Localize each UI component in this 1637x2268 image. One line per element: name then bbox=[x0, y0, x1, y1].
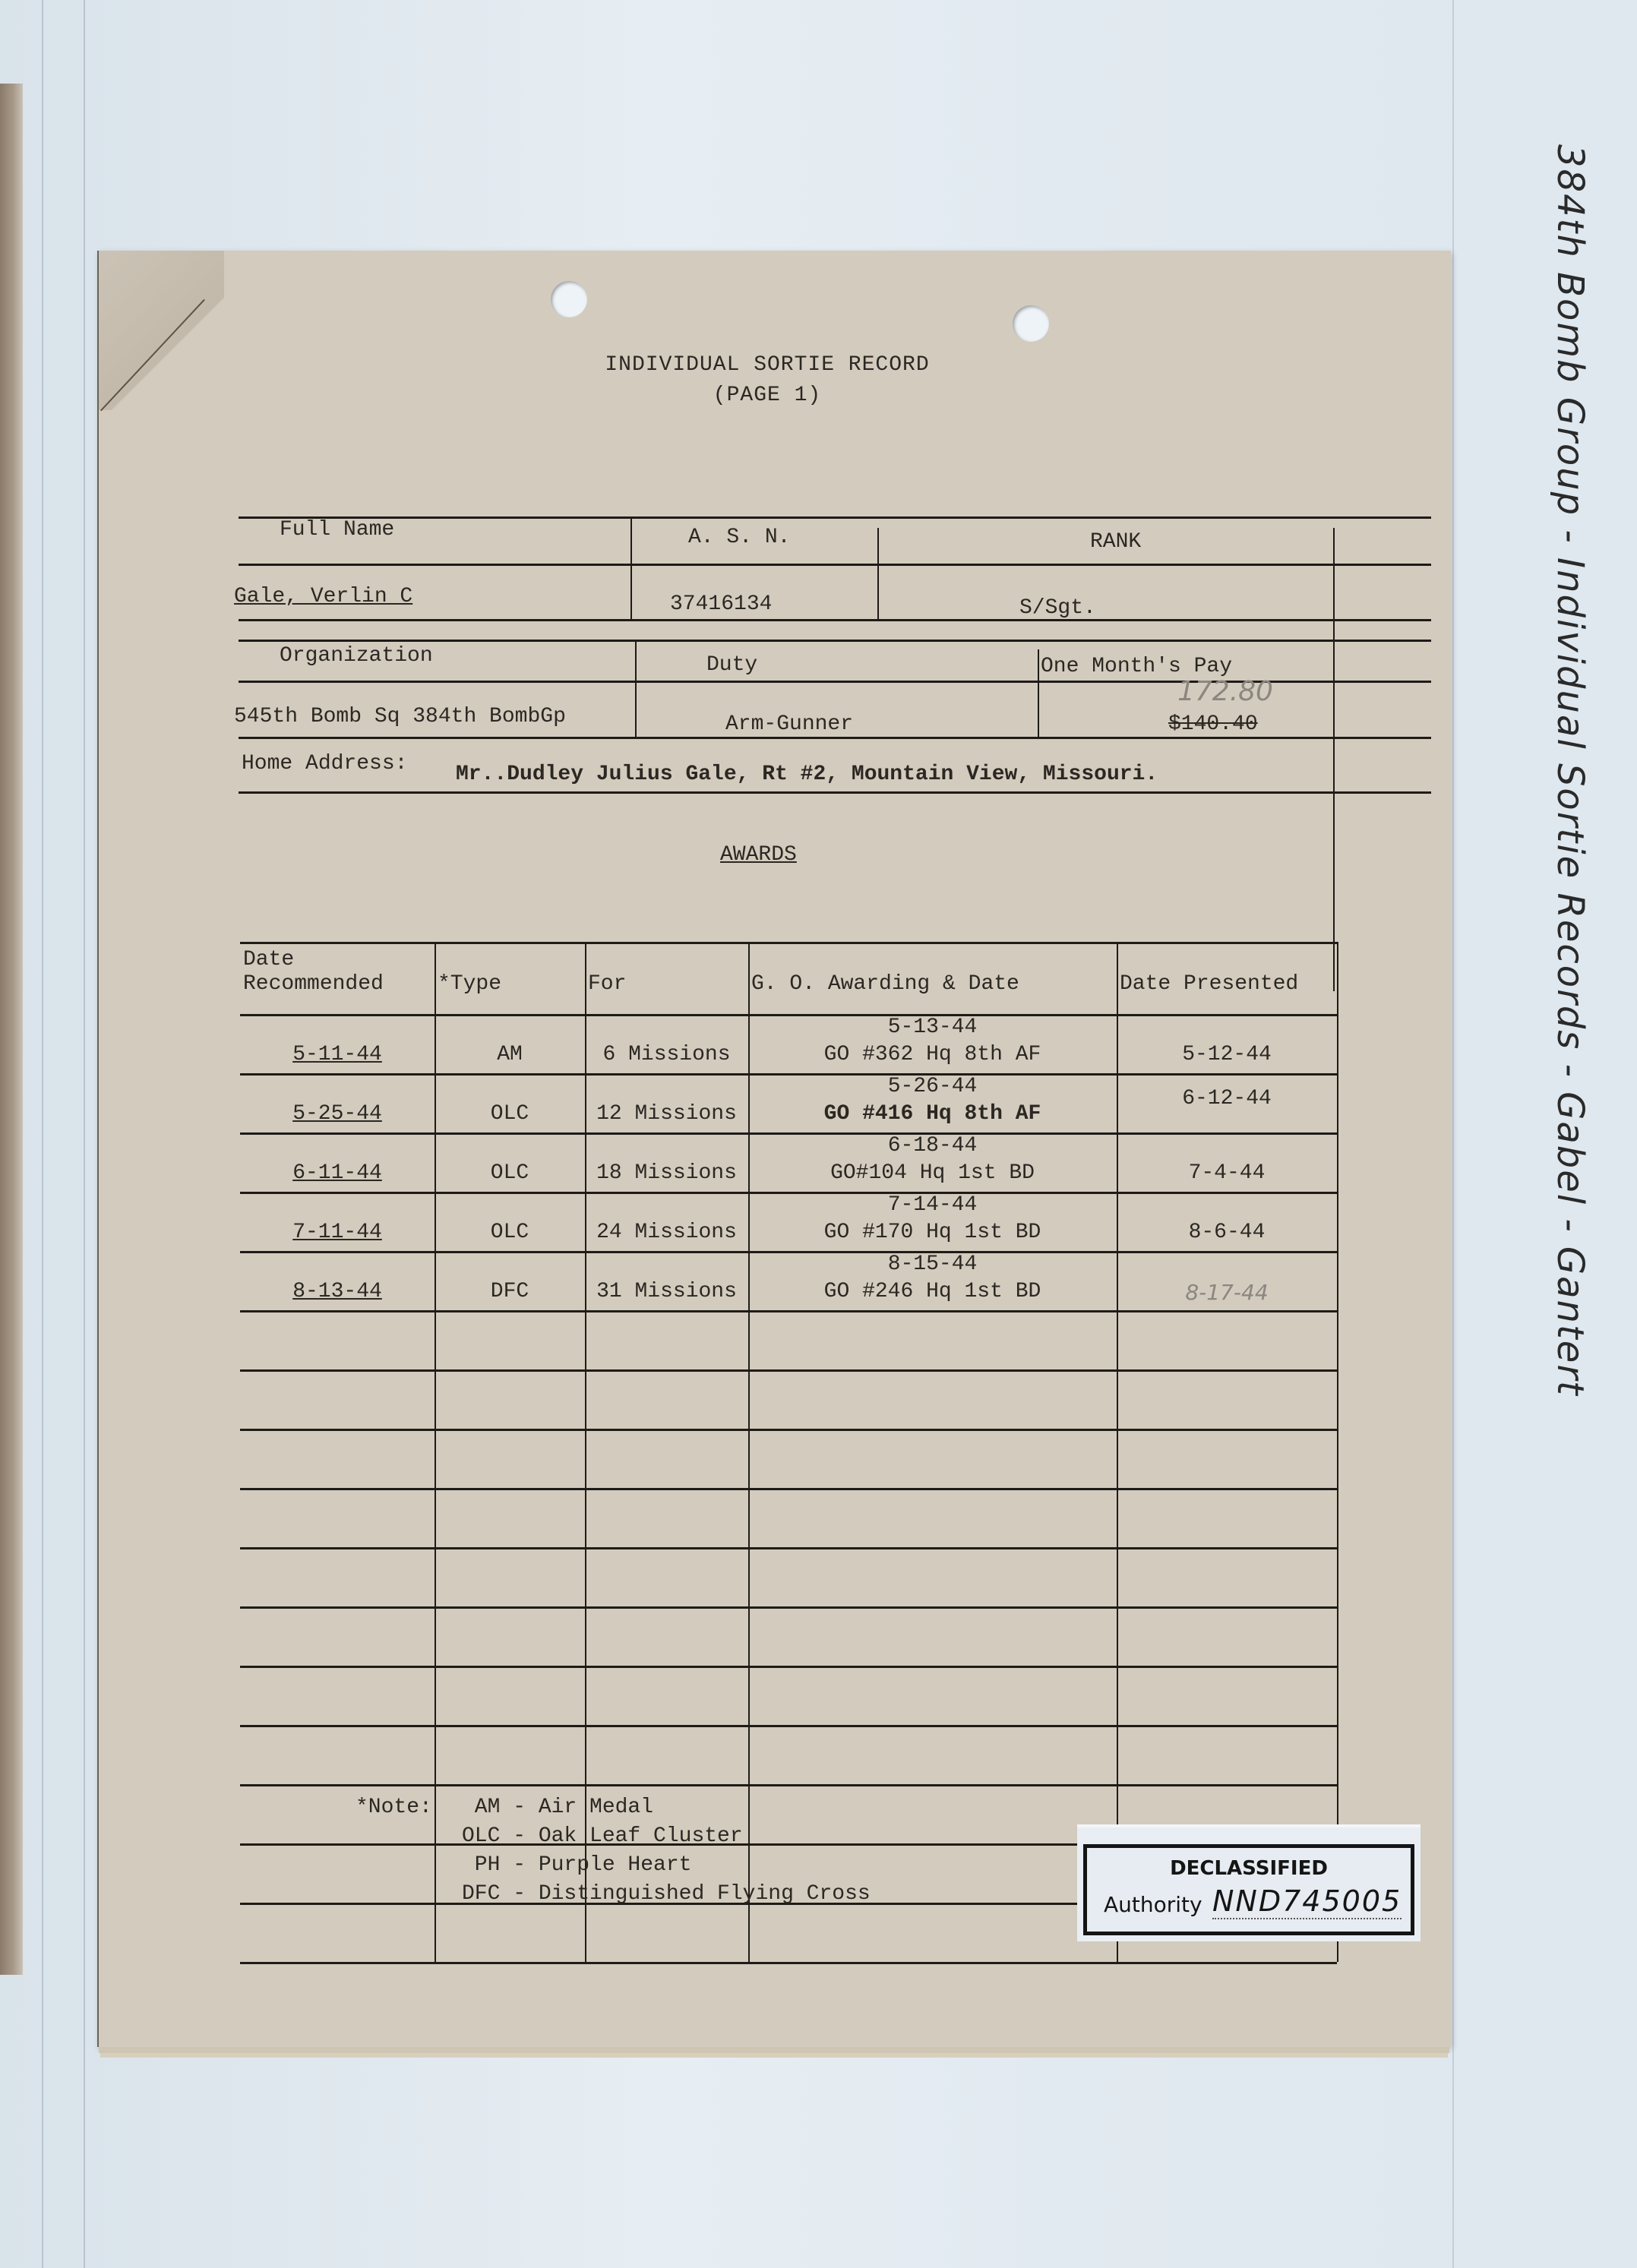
authority-label: Authority bbox=[1104, 1892, 1202, 1917]
folder-margin bbox=[1452, 0, 1637, 2268]
date-presented: 8-17-44 bbox=[1117, 1280, 1337, 1305]
rule bbox=[1038, 649, 1039, 737]
legend-item: DFC - Distinguished Flying Cross bbox=[462, 1882, 871, 1906]
adjacent-page-edge bbox=[0, 84, 23, 1975]
rule bbox=[239, 640, 1431, 642]
note-label: *Note: bbox=[356, 1796, 432, 1819]
award-type: DFC bbox=[435, 1280, 585, 1303]
handwritten-margin-note: 384th Bomb Group - Individual Sortie Rec… bbox=[1549, 144, 1591, 1397]
date-presented: 6-12-44 bbox=[1117, 1087, 1337, 1110]
rule bbox=[239, 737, 1431, 739]
rule bbox=[239, 516, 1431, 519]
rule bbox=[435, 942, 436, 1962]
rule bbox=[240, 1962, 1337, 1964]
rule bbox=[240, 942, 1337, 944]
award-type: AM bbox=[435, 1043, 585, 1066]
general-order-date: 8-15-44 bbox=[748, 1252, 1117, 1276]
organization-label: Organization bbox=[280, 644, 433, 668]
rule bbox=[1337, 942, 1338, 1962]
rule bbox=[240, 1666, 1337, 1668]
declassified-stamp: DECLASSIFIED Authority NND745005 bbox=[1077, 1824, 1421, 1941]
rule bbox=[239, 791, 1431, 794]
rule bbox=[240, 1429, 1337, 1431]
rank-value: S/Sgt. bbox=[1019, 596, 1096, 620]
date-presented: 5-12-44 bbox=[1117, 1043, 1337, 1066]
column-header: For bbox=[588, 972, 745, 997]
column-header: *Type bbox=[438, 972, 582, 997]
folded-corner bbox=[99, 251, 224, 410]
general-order-date: 7-14-44 bbox=[748, 1193, 1117, 1217]
organization-value: 545th Bomb Sq 384th BombGp bbox=[234, 705, 566, 728]
rule bbox=[635, 640, 637, 737]
page-number: (PAGE 1) bbox=[524, 384, 1010, 407]
home-address-value: Mr..Dudley Julius Gale, Rt #2, Mountain … bbox=[456, 763, 1158, 786]
general-order: GO#104 Hq 1st BD bbox=[748, 1161, 1117, 1185]
general-order: GO #170 Hq 1st BD bbox=[748, 1221, 1117, 1244]
pay-handwritten-value: 172.80 bbox=[1177, 676, 1273, 707]
award-reason: 12 Missions bbox=[585, 1102, 748, 1126]
rule bbox=[877, 528, 879, 619]
general-order-date: 6-18-44 bbox=[748, 1134, 1117, 1158]
pay-typed-value: $140.40 bbox=[1168, 712, 1258, 736]
full-name-value: Gale, Verlin C bbox=[234, 585, 412, 608]
date-recommended: 6-11-44 bbox=[240, 1161, 435, 1185]
legend-item: AM - Air Medal bbox=[462, 1796, 653, 1819]
general-order: GO #416 Hq 8th AF bbox=[748, 1102, 1117, 1126]
duty-label: Duty bbox=[706, 653, 757, 677]
rule bbox=[240, 1606, 1337, 1609]
date-recommended: 7-11-44 bbox=[240, 1221, 435, 1244]
home-address-label: Home Address: bbox=[242, 752, 407, 775]
asn-label: A. S. N. bbox=[688, 526, 790, 549]
punch-hole bbox=[551, 281, 587, 317]
awards-heading: AWARDS bbox=[720, 843, 797, 867]
column-header: G. O. Awarding & Date bbox=[751, 972, 1114, 997]
general-order: GO #246 Hq 1st BD bbox=[748, 1280, 1117, 1303]
rule bbox=[240, 1488, 1337, 1490]
award-reason: 18 Missions bbox=[585, 1161, 748, 1185]
folder-crease bbox=[42, 0, 43, 2268]
column-header: Date Recommended bbox=[243, 948, 403, 997]
legend-item: PH - Purple Heart bbox=[462, 1853, 691, 1877]
declassified-title: DECLASSIFIED bbox=[1087, 1857, 1411, 1880]
rule bbox=[240, 1310, 1337, 1312]
rule bbox=[630, 516, 632, 619]
general-order-date: 5-26-44 bbox=[748, 1075, 1117, 1098]
pay-label: One Month's Pay bbox=[1041, 655, 1232, 678]
rule bbox=[240, 1784, 1337, 1786]
date-recommended: 5-25-44 bbox=[240, 1102, 435, 1126]
rule bbox=[240, 1369, 1337, 1372]
column-header: Date Presented bbox=[1120, 972, 1334, 997]
award-reason: 24 Missions bbox=[585, 1221, 748, 1244]
document-title: INDIVIDUAL SORTIE RECORD bbox=[524, 353, 1010, 377]
punch-hole bbox=[1013, 305, 1049, 342]
award-type: OLC bbox=[435, 1161, 585, 1185]
folder-crease bbox=[84, 0, 85, 2268]
date-recommended: 8-13-44 bbox=[240, 1280, 435, 1303]
rule bbox=[240, 1725, 1337, 1727]
asn-value: 37416134 bbox=[670, 592, 772, 616]
legend-item: OLC - Oak Leaf Cluster bbox=[462, 1824, 743, 1848]
rule bbox=[240, 1547, 1337, 1549]
duty-value: Arm-Gunner bbox=[725, 712, 853, 736]
rank-label: RANK bbox=[1090, 530, 1141, 554]
date-presented: 8-6-44 bbox=[1117, 1221, 1337, 1244]
rule bbox=[239, 564, 1431, 566]
sortie-record-sheet: INDIVIDUAL SORTIE RECORD (PAGE 1) Full N… bbox=[97, 251, 1451, 2047]
date-presented: 7-4-44 bbox=[1117, 1161, 1337, 1185]
award-reason: 31 Missions bbox=[585, 1280, 748, 1303]
date-recommended: 5-11-44 bbox=[240, 1043, 435, 1066]
rule bbox=[1333, 528, 1335, 991]
award-type: OLC bbox=[435, 1102, 585, 1126]
general-order: GO #362 Hq 8th AF bbox=[748, 1043, 1117, 1066]
award-type: OLC bbox=[435, 1221, 585, 1244]
general-order-date: 5-13-44 bbox=[748, 1016, 1117, 1039]
award-reason: 6 Missions bbox=[585, 1043, 748, 1066]
full-name-label: Full Name bbox=[280, 518, 394, 542]
rule bbox=[239, 619, 1431, 621]
authority-number: NND745005 bbox=[1212, 1884, 1402, 1919]
